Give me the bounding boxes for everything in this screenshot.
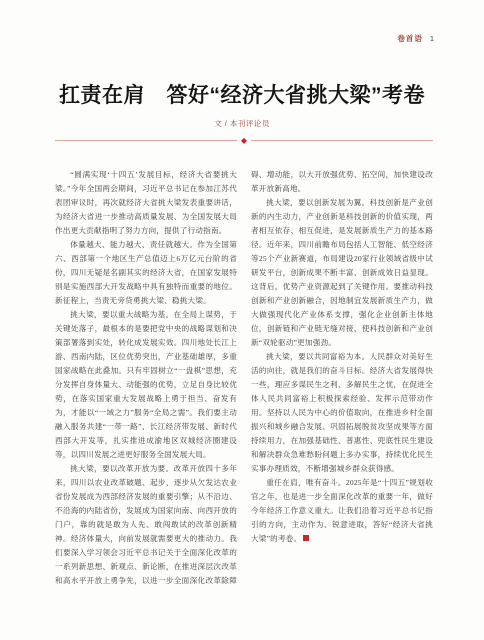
divider-rule: ◆ — [55, 140, 433, 141]
diamond-icon: ◆ — [237, 136, 251, 145]
article-byline: 文 / 本刊评论员 — [0, 118, 484, 129]
article-end-mark-icon — [303, 535, 309, 541]
section-label: 卷首语 — [397, 33, 423, 44]
page-number: 1 — [430, 34, 434, 43]
article-body: “圆满实现‘十四五’发展目标，经济大省要挑大梁。”今年全国两会期间，习近平总书记… — [55, 168, 433, 592]
magazine-page: 卷首语 1 扛责在肩 答好“经济大省挑大梁”考卷 文 / 本刊评论员 ◆ “圆满… — [0, 0, 484, 640]
paragraph: “圆满实现‘十四五’发展目标，经济大省要挑大梁。”今年全国两会期间，习近平总书记… — [55, 168, 237, 238]
paragraph: 体量越大、能力越大、责任就越大。作为全国第六、西部第一个地区生产总值迈上6万亿元… — [55, 238, 237, 308]
paragraph: 挑大梁，要以共同富裕为本。人民群众对美好生活的向往，就是我们的奋斗目标。经济大省… — [251, 350, 433, 476]
article-title: 扛责在肩 答好“经济大省挑大梁”考卷 — [0, 79, 484, 109]
paragraph: 挑大梁，要以创新发展为翼。科技创新是产业创新的内生动力，产业创新是科技创新的价值… — [251, 196, 433, 350]
running-head: 卷首语 1 — [397, 33, 434, 44]
paragraph-text: 重任在肩，唯有奋斗。2025年是“十四五”规划收官之年，也是进一步全面深化改革的… — [251, 478, 433, 543]
paragraph: 挑大梁，要以重大战略为基。在全局上谋势，于关键处落子，最根本的是要把党中央的战略… — [55, 308, 237, 462]
paragraph-last: 重任在肩，唯有奋斗。2025年是“十四五”规划收官之年，也是进一步全面深化改革的… — [251, 476, 433, 546]
